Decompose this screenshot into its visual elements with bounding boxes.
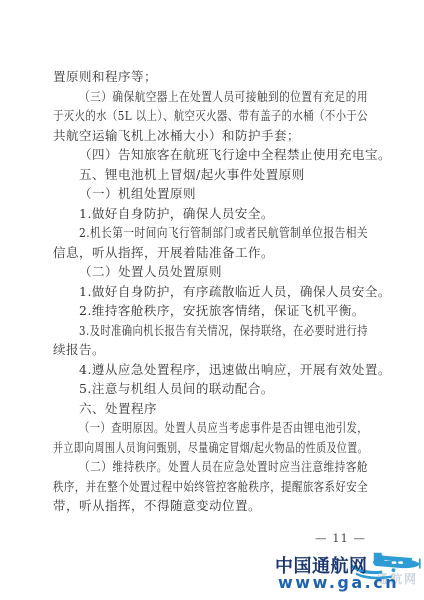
document-line: 于灭火的水（5L 以上）、航空灭火器、带有盖子的水桶（不小于公 — [53, 106, 368, 126]
document-line: 五、锂电池机上冒烟/起火事件处置原则 — [53, 165, 368, 185]
document-line: 共航空运输飞机上冰桶大小）和防护手套； — [53, 126, 368, 146]
document-line: （二）处置人员处置原则 — [53, 262, 368, 282]
document-line: 六、处置程序 — [53, 399, 368, 419]
site-watermark: 中国通航网 通航网 www.ga.cn — [262, 549, 424, 597]
document-line-text: （四）告知旅客在航班飞行途中全程禁止使用充电宝。 — [79, 145, 391, 165]
document-line-text: 3.及时准确向机长报告有关情况，保持联络，在必要时进行持 — [79, 321, 368, 341]
document-line-text: 4.遵从应急处置程序，迅速做出响应，开展有效处置。 — [79, 360, 391, 380]
document-line: （二）维持秩序。处置人员在应急处置时应当注意维持客舱 — [53, 457, 368, 477]
document-line-text: 1.做好自身防护，确保人员安全。 — [79, 204, 274, 224]
document-line: 1.做好自身防护，确保人员安全。 — [53, 204, 368, 224]
document-line-text: 并立即向周围人员询问甄别，尽量确定冒烟/起火物品的性质及位置。 — [53, 438, 368, 458]
document-line-text: （一）机组处置原则 — [79, 184, 196, 204]
document-line-text: 秩序，并在整个处置过程中始终管控客舱秩序，提醒旅客系好安全 — [53, 477, 368, 497]
document-line-text: 2.维持客舱秩序，安抚旅客情绪，保证飞机平衡。 — [79, 301, 365, 321]
document-line: 置原则和程序等； — [53, 67, 368, 87]
document-line: （一）机组处置原则 — [53, 184, 368, 204]
document-line-text: （一）查明原因。处置人员应当考虑事件是否由锂电池引发， — [79, 418, 368, 438]
document-line-text: 共航空运输飞机上冰桶大小）和防护手套； — [53, 126, 300, 146]
document-line-text: 五、锂电池机上冒烟/起火事件处置原则 — [79, 165, 305, 185]
document-line: （三）确保航空器上在处置人员可接触到的位置有充足的用 — [53, 87, 368, 107]
document-line-text: 2.机长第一时间向飞行管制部门或者民航管制单位报告相关 — [79, 223, 368, 243]
document-line-text: 信息，听从指挥，开展着陆准备工作。 — [53, 243, 274, 263]
document-line-text: 5.注意与机组人员间的联动配合。 — [79, 379, 274, 399]
document-line: （一）查明原因。处置人员应当考虑事件是否由锂电池引发， — [53, 418, 368, 438]
document-line: 5.注意与机组人员间的联动配合。 — [53, 379, 368, 399]
document-line-text: （二）处置人员处置原则 — [79, 262, 222, 282]
document-line-text: 于灭火的水（5L 以上）、航空灭火器、带有盖子的水桶（不小于公 — [53, 106, 368, 126]
document-line: （四）告知旅客在航班飞行途中全程禁止使用充电宝。 — [53, 145, 368, 165]
document-line: 并立即向周围人员询问甄别，尽量确定冒烟/起火物品的性质及位置。 — [53, 438, 368, 458]
document-line-text: 六、处置程序 — [79, 399, 157, 419]
document-line-text: 续报告。 — [53, 340, 105, 360]
document-line-text: 1.做好自身防护，有序疏散临近人员，确保人员安全。 — [79, 282, 391, 302]
document-line-text: 置原则和程序等； — [53, 67, 157, 87]
document-body: 置原则和程序等；（三）确保航空器上在处置人员可接触到的位置有充足的用于灭火的水（… — [53, 67, 368, 516]
document-line: 带，听从指挥，不得随意变动位置。 — [53, 496, 368, 516]
document-line-text: （二）维持秩序。处置人员在应急处置时应当注意维持客舱 — [79, 457, 368, 477]
document-line: 信息，听从指挥，开展着陆准备工作。 — [53, 243, 368, 263]
document-line: 2.机长第一时间向飞行管制部门或者民航管制单位报告相关 — [53, 223, 368, 243]
document-line: 秩序，并在整个处置过程中始终管控客舱秩序，提醒旅客系好安全 — [53, 477, 368, 497]
document-line-text: （三）确保航空器上在处置人员可接触到的位置有充足的用 — [79, 87, 368, 107]
page-number: — 11 — — [53, 531, 366, 545]
document-line: 1.做好自身防护，有序疏散临近人员，确保人员安全。 — [53, 282, 368, 302]
document-line: 3.及时准确向机长报告有关情况，保持联络，在必要时进行持 — [53, 321, 368, 341]
document-line: 4.遵从应急处置程序，迅速做出响应，开展有效处置。 — [53, 360, 368, 380]
document-line-text: 带，听从指挥，不得随意变动位置。 — [53, 496, 261, 516]
document-line: 2.维持客舱秩序，安抚旅客情绪，保证飞机平衡。 — [53, 301, 368, 321]
document-line: 续报告。 — [53, 340, 368, 360]
watermark-site-url: www.ga.cn — [278, 573, 399, 592]
